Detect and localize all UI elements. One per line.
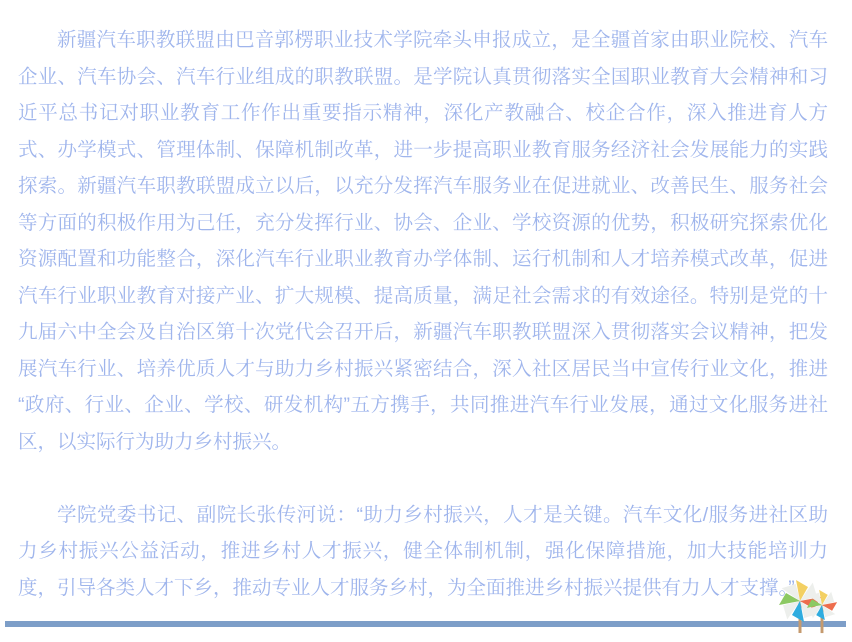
paragraph-quote: 学院党委书记、副院长张传河说：“助力乡村振兴，人才是关键。汽车文化/服务进社区助… [18, 497, 828, 607]
article-body: 新疆汽车职教联盟由巴音郭楞职业技术学院牵头申报成立，是全疆首家由职业院校、汽车企… [18, 22, 828, 606]
article-page: 新疆汽车职教联盟由巴音郭楞职业技术学院牵头申报成立，是全疆首家由职业院校、汽车企… [0, 0, 852, 642]
footer-divider-bar [5, 621, 846, 627]
paragraph-intro: 新疆汽车职教联盟由巴音郭楞职业技术学院牵头申报成立，是全疆首家由职业院校、汽车企… [18, 22, 828, 460]
pinwheel-icon [770, 575, 850, 637]
